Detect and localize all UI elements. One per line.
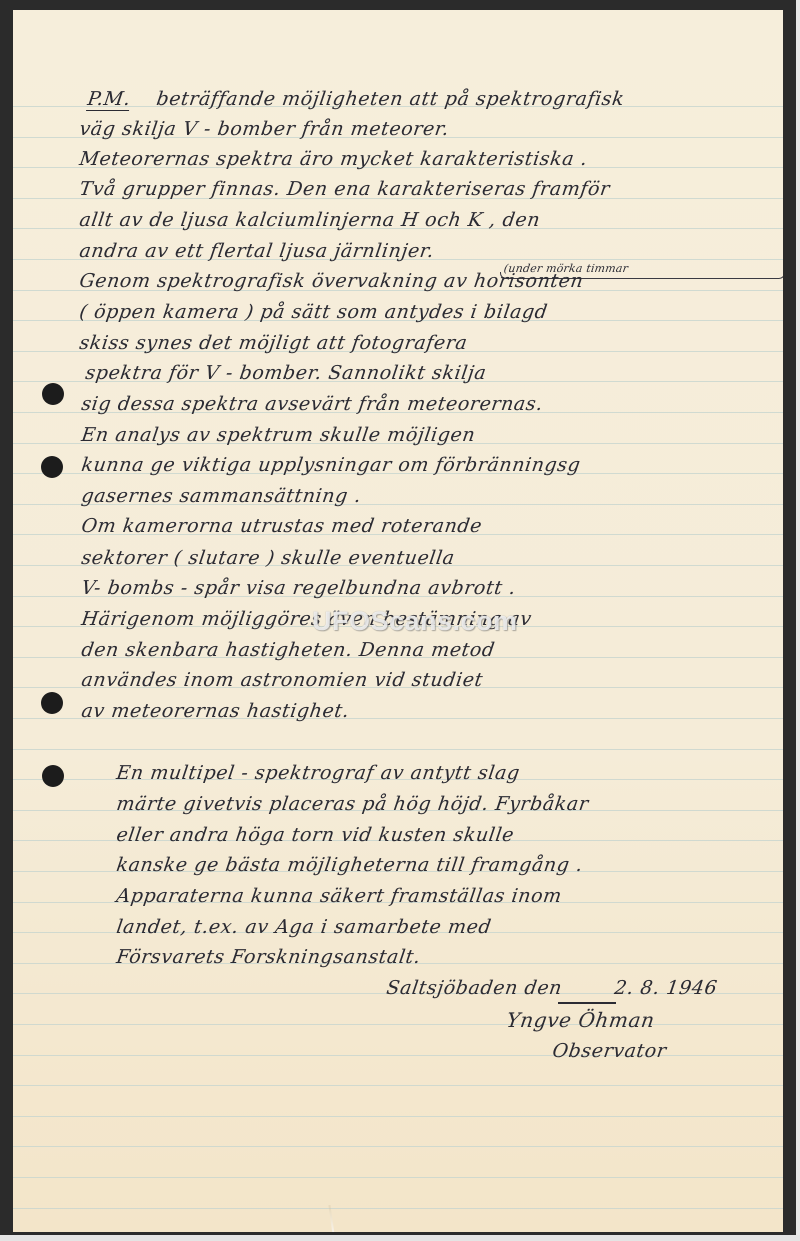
memo-line: allt av de ljusa kalciumlinjerna H och K… [78, 209, 542, 231]
memo-line: sektorer ( slutare ) skulle eventuella [80, 547, 456, 569]
memo-line: skiss synes det möjligt att fotografera [78, 332, 469, 354]
memo-line: En multipel - spektrograf av antytt slag [115, 762, 521, 784]
memo-line: kanske ge bästa möjligheterna till framg… [115, 854, 584, 876]
memo-line: ( öppen kamera ) på sätt som antydes i b… [78, 301, 549, 323]
memo-line: spektra för V - bomber. Sannolikt skilja [84, 362, 488, 384]
memo-line: kunna ge viktiga upplysningar om förbrän… [80, 454, 582, 476]
signature-name: Yngve Öhman [505, 1008, 656, 1032]
memo-line: Meteorernas spektra äro mycket karakteri… [78, 148, 589, 170]
memo-line: landet, t.ex. av Aga i samarbete med [115, 916, 493, 938]
memo-line: En analys av spektrum skulle möjligen [80, 424, 477, 446]
memo-line: Två grupper finnas. Den ena karakteriser… [78, 178, 611, 200]
memo-line: av meteorernas hastighet. [80, 700, 351, 722]
watermark: UFOScans.com [312, 606, 518, 637]
memo-line: Om kamerorna utrustas med roterande [80, 515, 484, 537]
memo-line: eller andra höga torn vid kusten skulle [115, 824, 516, 846]
memo-line: V- bombs - spår visa regelbundna avbrott… [80, 577, 517, 599]
memo-line: märte givetvis placeras på hög höjd. Fyr… [115, 793, 590, 815]
memo-line: Genom spektrografisk övervakning av hori… [78, 270, 585, 292]
memo-line: andra av ett flertal ljusa järnlinjer. [78, 240, 436, 262]
signature-date: 2. 8. 1946 [613, 977, 719, 999]
memo-line: väg skilja V - bomber från meteorer. [78, 118, 451, 140]
signature-title: Observator [551, 1040, 668, 1062]
memo-line: gasernes sammansättning . [80, 485, 363, 507]
memo-line: användes inom astronomien vid studiet [80, 669, 484, 691]
signature-place: Saltsjöbaden den [385, 977, 564, 999]
memo-line: beträffande möjligheten att på spektrogr… [155, 88, 626, 110]
scanner-edge-right [796, 0, 800, 1241]
memo-line: Apparaterna kunna säkert framställas ino… [115, 885, 563, 907]
memo-line: Försvarets Forskningsanstalt. [115, 946, 422, 968]
scanner-edge-bottom [0, 1235, 800, 1241]
date-underline [558, 1002, 616, 1004]
memo-line: sig dessa spektra avsevärt från meteorer… [80, 393, 544, 415]
memo-line: den skenbara hastigheten. Denna metod [80, 639, 496, 661]
